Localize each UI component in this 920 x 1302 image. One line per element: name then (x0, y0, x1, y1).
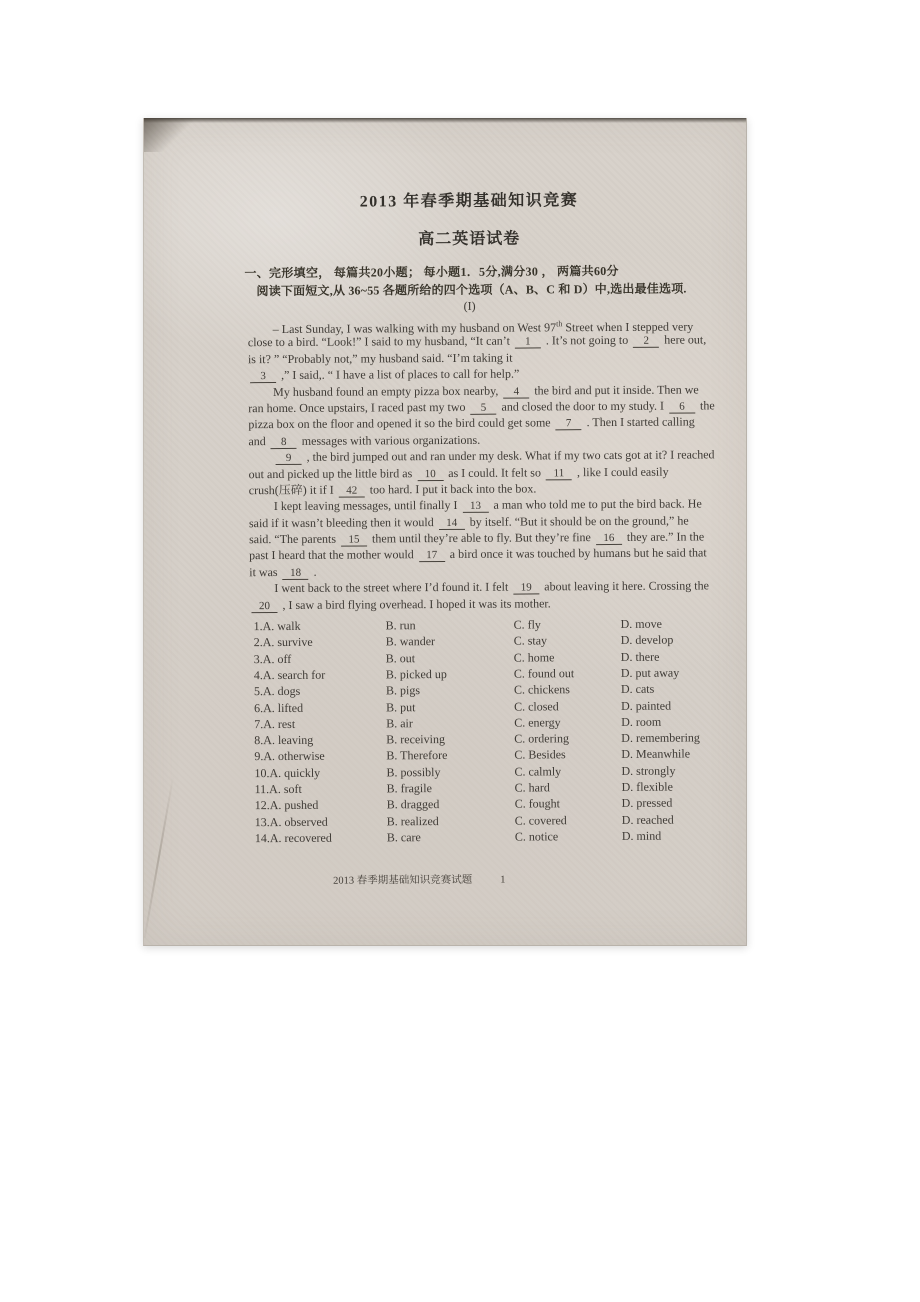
option-cell: B. out (386, 649, 514, 666)
page-number: 1 (500, 875, 505, 886)
option-cell: C. ordering (514, 730, 621, 747)
option-cell: 3.A. off (254, 650, 386, 667)
blank-number: 19 (513, 582, 539, 595)
option-cell: 12.A. pushed (255, 797, 387, 814)
exam-subtitle: 高二英语试卷 (247, 224, 691, 250)
option-cell: D. put away (621, 664, 694, 681)
footer-text: 2013 春季期基础知识竞赛试题 (333, 875, 472, 887)
option-cell: 6.A. lifted (254, 699, 386, 716)
superscript: th (556, 319, 562, 328)
blank-number: 3 (250, 370, 276, 383)
option-cell: C. closed (514, 697, 621, 714)
blank-number: 20 (251, 600, 277, 613)
exam-paper: 2013 年春季期基础知识竞赛 高二英语试卷 一、完形填空， 每篇共20小题； … (143, 118, 747, 946)
option-cell: D. move (621, 616, 694, 633)
option-cell: D. flexible (622, 778, 695, 795)
options-table: 1.A. walkB. runC. flyD. move2.A. survive… (254, 616, 695, 847)
option-cell: C. home (514, 649, 621, 666)
option-cell: B. dragged (387, 796, 515, 813)
passage-line: out and picked up the little bird as 10 … (249, 463, 693, 482)
passage-line: 20 , I saw a bird flying overhead. I hop… (249, 594, 693, 613)
option-cell: D. mind (622, 827, 695, 844)
option-cell: 14.A. recovered (255, 829, 387, 846)
blank-number: 8 (271, 436, 297, 449)
option-cell: B. fragile (387, 780, 515, 797)
passage-line: I went back to the street where I’d foun… (249, 578, 693, 597)
option-cell: B. wander (386, 633, 514, 650)
option-cell: D. strongly (621, 762, 694, 779)
option-cell: D. pressed (622, 795, 695, 812)
blank-number: 13 (462, 500, 488, 513)
blank-number: 17 (419, 549, 445, 562)
option-cell: C. found out (514, 665, 621, 682)
option-cell: 2.A. survive (254, 634, 386, 651)
option-cell: 1.A. walk (254, 617, 386, 634)
passage-line: past I heard that the mother would 17 a … (249, 545, 693, 564)
blank-number: 9 (276, 452, 302, 465)
blank-number: 42 (339, 484, 365, 497)
exam-title: 2013 年春季期基础知识竞赛 (247, 186, 691, 212)
option-cell: C. fly (514, 616, 621, 633)
option-cell: B. run (386, 617, 514, 634)
option-cell: C. notice (515, 828, 622, 845)
option-cell: B. receiving (386, 731, 514, 748)
option-row: 14.A. recoveredB. careC. noticeD. mind (255, 827, 695, 846)
option-cell: 11.A. soft (255, 780, 387, 797)
paper-content: 2013 年春季期基础知识竞赛 高二英语试卷 一、完形填空， 每篇共20小题； … (141, 116, 748, 947)
option-cell: C. hard (515, 779, 622, 796)
option-cell: B. care (387, 828, 515, 845)
option-cell: D. Meanwhile (621, 746, 694, 763)
option-cell: B. put (386, 698, 514, 715)
option-cell: D. remembering (621, 730, 700, 747)
option-cell: C. fought (515, 795, 622, 812)
blank-number: 18 (283, 567, 309, 580)
blank-number: 10 (417, 468, 443, 481)
option-cell: 9.A. otherwise (254, 748, 386, 765)
option-cell: D. painted (621, 697, 694, 714)
option-cell: B. realized (387, 812, 515, 829)
option-cell: C. energy (514, 714, 621, 731)
option-cell: C. covered (515, 812, 622, 829)
option-cell: C. Besides (514, 746, 621, 763)
blank-number: 16 (596, 532, 622, 545)
section-instruction: 阅读下面短文,从 36~55 各题所给的四个选项（A、B、C 和 D）中,选出最… (256, 279, 691, 299)
blank-number: 1 (515, 336, 541, 349)
passage-line: 9 , the bird jumped out and ran under my… (248, 447, 692, 466)
option-cell: B. picked up (386, 666, 514, 683)
page-footer: 2013 春季期基础知识竞赛试题1 (333, 871, 695, 888)
option-cell: B. pigs (386, 682, 514, 699)
option-cell: 4.A. search for (254, 666, 386, 683)
part-label: (I) (248, 297, 692, 315)
option-cell: B. possibly (386, 763, 514, 780)
blank-number: 4 (503, 385, 529, 398)
section-heading: 一、完形填空， 每篇共20小题； 每小题1．5分,满分30 ， 两篇共60分 (244, 261, 691, 281)
option-cell: 5.A. dogs (254, 683, 386, 700)
option-cell: B. air (386, 714, 514, 731)
option-cell: 10.A. quickly (254, 764, 386, 781)
passage-line: pizza box on the floor and opened it so … (248, 414, 692, 433)
blank-number: 11 (546, 467, 572, 480)
option-cell: C. calmly (514, 763, 621, 780)
option-cell: 8.A. leaving (254, 731, 386, 748)
option-cell: D. reached (622, 811, 695, 828)
option-cell: 13.A. observed (255, 813, 387, 830)
blank-number: 6 (669, 400, 695, 413)
scan-canvas: 2013 年春季期基础知识竞赛 高二英语试卷 一、完形填空， 每篇共20小题； … (0, 0, 920, 1302)
blank-number: 7 (556, 418, 582, 431)
option-cell: 7.A. rest (254, 715, 386, 732)
passage-line: close to a bird. “Look!” I said to my hu… (248, 332, 692, 351)
blank-number: 2 (633, 335, 659, 348)
option-cell: B. Therefore (386, 747, 514, 764)
option-cell: D. cats (621, 681, 694, 698)
blank-number: 5 (470, 402, 496, 415)
option-cell: C. stay (514, 632, 621, 649)
option-cell: D. develop (621, 632, 694, 649)
option-cell: C. chickens (514, 681, 621, 698)
blank-number: 14 (439, 517, 465, 530)
option-cell: D. there (621, 648, 694, 665)
passage: – Last Sunday, I was walking with my hus… (248, 315, 694, 613)
option-cell: D. room (621, 713, 694, 730)
blank-number: 15 (341, 534, 367, 547)
